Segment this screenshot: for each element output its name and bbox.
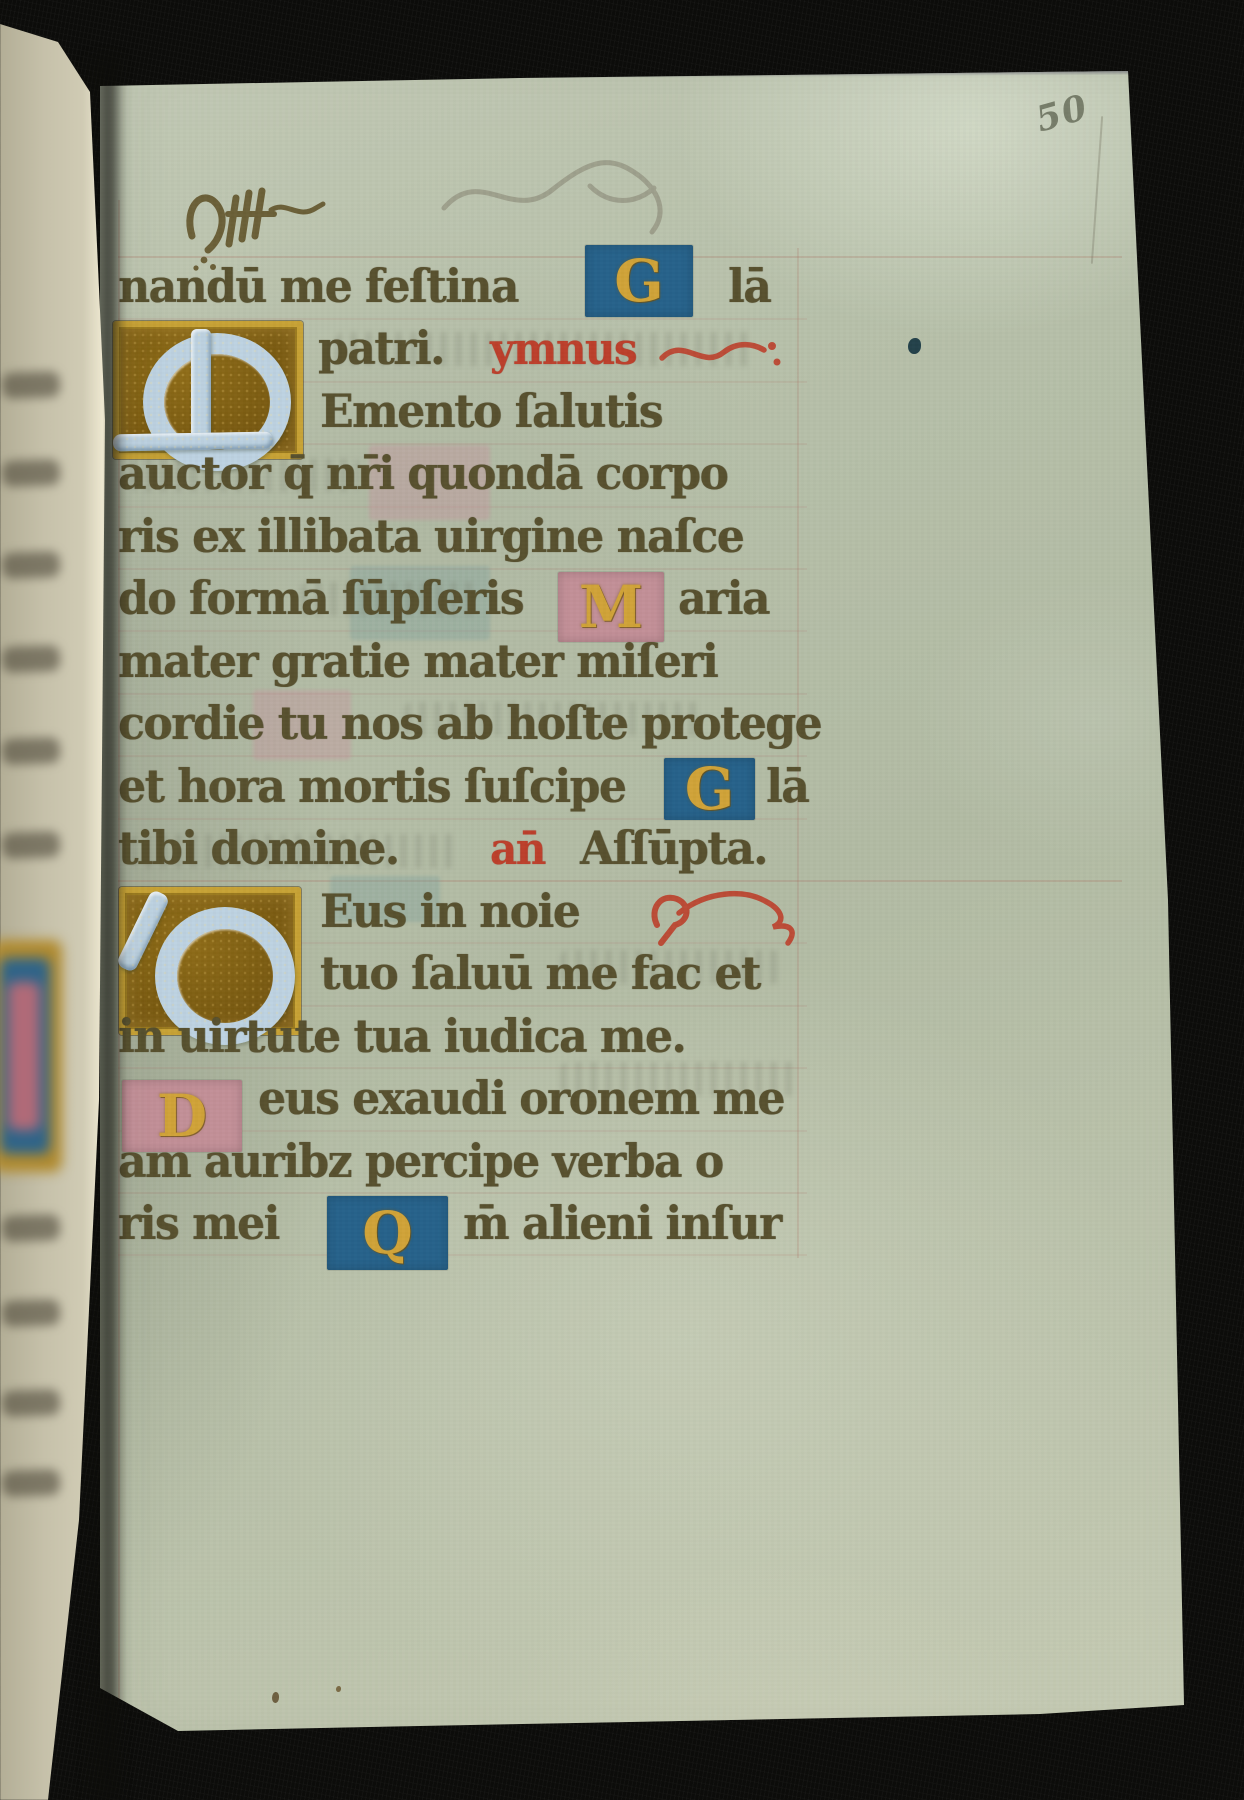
- text-line-3: Emento ſalutis: [0, 383, 1244, 441]
- ink-speck: [1142, 262, 1148, 268]
- versal-initial-G: G: [585, 245, 693, 317]
- body-text: aria: [678, 570, 769, 629]
- rubric-text: an̄: [490, 820, 545, 879]
- body-text: lā: [766, 758, 808, 817]
- text-line-5: ris ex illibata uirgine naſce: [0, 508, 1244, 566]
- faint-flourish: [440, 146, 690, 238]
- text-line-14: Deus exaudi oronem me: [0, 1070, 1244, 1128]
- versal-initial-G: G: [664, 758, 755, 820]
- facing-page-blurred-text: [2, 1214, 61, 1242]
- body-text: ris ex illibata uirgine naſce: [118, 508, 743, 567]
- scratch-mark: [1091, 116, 1103, 264]
- page-top-edge: [430, 68, 1130, 79]
- text-line-16: ris meiQm̄ alieni inſur: [0, 1195, 1244, 1253]
- body-text: Emento ſalutis: [320, 383, 662, 442]
- text-line-12: tuo ſaluū me fac et: [0, 945, 1244, 1003]
- facing-page-blurred-text: [2, 371, 61, 399]
- facing-page-blurred-initial: [0, 940, 62, 1172]
- body-text: auctor q̄ nr̄i quondā corpo: [118, 445, 727, 504]
- body-text: patri.: [318, 320, 444, 379]
- body-text: ris mei: [118, 1195, 279, 1254]
- facing-page-blurred-text: [2, 1389, 61, 1417]
- pen-trial-scribble: [176, 178, 326, 273]
- versal-initial-M: M: [558, 572, 664, 642]
- ruling-line-horizontal: [118, 1254, 807, 1256]
- body-text: in uirtute tua iudica me.: [118, 1008, 685, 1067]
- text-line-2: patri.ymnus: [0, 320, 1244, 378]
- body-text: m̄ alieni inſur: [463, 1195, 781, 1254]
- text-line-9: et hora mortis ſuſcipeGlā: [0, 758, 1244, 816]
- text-line-10: tibi domine.an̄Aſſūpta.: [0, 820, 1244, 878]
- body-text: eus exaudi oronem me: [258, 1070, 784, 1129]
- ruling-line-horizontal: [118, 880, 1122, 882]
- ruling-line-horizontal: [118, 1192, 807, 1194]
- facing-page-blurred-text: [2, 1469, 61, 1497]
- body-text: lā: [728, 258, 770, 317]
- body-text: cordie tu nos ab hoſte protege: [118, 695, 821, 754]
- ink-speck: [336, 1686, 341, 1692]
- text-line-15: am auribz percipe verba o: [0, 1133, 1244, 1191]
- folio-number: 50: [1032, 89, 1092, 137]
- facing-page-blurred-text: [2, 645, 61, 673]
- photo-background: nandū me feſtinaGlāpatri.ymnusEmento ſal…: [0, 0, 1244, 1800]
- body-text: et hora mortis ſuſcipe: [118, 758, 625, 817]
- versal-letter: Q: [362, 1204, 413, 1262]
- rubric-text: ymnus: [490, 320, 636, 379]
- text-line-11: Eus in noie: [0, 883, 1244, 941]
- manuscript-page: nandū me feſtinaGlāpatri.ymnusEmento ſal…: [0, 0, 1244, 1800]
- text-line-7: mater gratie mater miſeri: [0, 633, 1244, 691]
- text-line-4: auctor q̄ nr̄i quondā corpo: [0, 445, 1244, 503]
- versal-letter: G: [614, 252, 664, 310]
- versal-letter: G: [685, 760, 735, 818]
- facing-page-blurred-text: [2, 551, 61, 579]
- text-line-6: do formā ſūpſerisMaria: [0, 570, 1244, 628]
- body-text: Aſſūpta.: [580, 820, 767, 879]
- ink-speck: [272, 1692, 279, 1703]
- ink-speck: [908, 338, 921, 354]
- text-line-8: cordie tu nos ab hoſte protege: [0, 695, 1244, 753]
- body-text: do formā ſūpſeris: [118, 570, 523, 629]
- facing-page-blurred-text: [2, 737, 61, 765]
- facing-page-blurred-text: [2, 459, 61, 487]
- facing-page-blurred-text: [2, 831, 61, 859]
- body-text: tibi domine.: [118, 820, 399, 879]
- body-text: mater gratie mater miſeri: [118, 633, 717, 692]
- versal-initial-Q: Q: [327, 1196, 448, 1270]
- body-text: Eus in noie: [320, 883, 579, 942]
- red-penwork-swash: [645, 885, 800, 951]
- versal-letter: M: [579, 578, 643, 636]
- body-text: am auribz percipe verba o: [118, 1133, 723, 1192]
- text-line-13: in uirtute tua iudica me.: [0, 1008, 1244, 1066]
- red-penwork-swash: [658, 328, 778, 384]
- facing-page-blurred-text: [2, 1299, 61, 1327]
- body-text: tuo ſaluū me fac et: [320, 945, 760, 1004]
